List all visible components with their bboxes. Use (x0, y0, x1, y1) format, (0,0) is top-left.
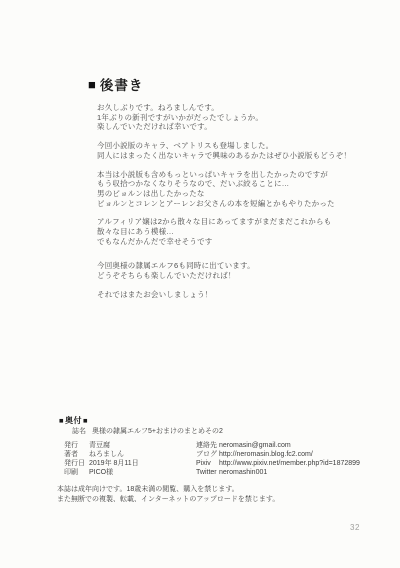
afterword-paragraph: アルフィリア嬢は2から散々な目にあってますがまだまだこれからも 散々な目にあう模… (97, 217, 347, 246)
text-line: 今回小説版のキャラ、ベアトリスも登場しました。 (97, 141, 347, 151)
text-line: 本当は小説版も含めもっといっぱいキャラを出したかったのですが (97, 170, 347, 180)
colophon-row-label: 連絡先 (196, 441, 219, 450)
text-line: でもなんだかんだで幸せそうです (97, 237, 347, 247)
colophon-row-value: 2019年 8月11日 (89, 459, 139, 468)
colophon-row: Twitter neromashin001 (196, 468, 360, 477)
afterword-paragraph: お久しぶりです。ねろましんです。 1年ぶりの新刊ですがいかがだったでしょうか。 … (97, 103, 347, 132)
colophon-row-value: ねろましん (89, 450, 124, 459)
colophon-publisher-block: 発行 青豆腐 著者 ねろましん 発行日 2019年 8月11日 印刷 PICO様 (64, 441, 139, 477)
text-line: どうぞそちらも楽しんでいただければ！ (97, 271, 347, 281)
afterword-paragraph: それではまたお会いしましょう！ (97, 290, 347, 300)
colophon-row-value: PICO様 (89, 468, 113, 477)
text-line: ビョルンとコレンとアーレンお父さんの本を短編とかもやりたかった (97, 199, 347, 209)
colophon-row-label: 発行 (64, 441, 89, 450)
pixiv-url: http://www.pixiv.net/member.php?id=18728… (219, 459, 360, 468)
colophon-row: 著者 ねろましん (64, 450, 139, 459)
colophon-row-label: 著者 (64, 450, 89, 459)
colophon-row-label: Twitter (196, 468, 219, 477)
page-number: 32 (350, 523, 360, 532)
colophon-title-row: 誌名 奥様の隷属エルフ5+おまけのまとめその2 (72, 426, 223, 436)
colophon-heading: ■ 奥付 ■ (59, 415, 88, 426)
colophon-title-value: 奥様の隷属エルフ5+おまけのまとめその2 (92, 426, 223, 436)
colophon-row-label: ブログ (196, 450, 219, 459)
colophon-row-label: 印刷 (64, 468, 89, 477)
colophon-row-label: 発行日 (64, 459, 89, 468)
blog-url: http://neromasin.blog.fc2.com/ (219, 450, 313, 459)
text-line: また無断での複製、転載、インターネットのアップロードを禁じます。 (57, 495, 279, 505)
square-bullet-icon: ■ (59, 417, 64, 425)
text-line: 今回奥様の隷属エルフ6も同時に出ています。 (97, 261, 347, 271)
colophon-row-value: 青豆腐 (89, 441, 110, 450)
text-line: 同人にはまったく出ないキャラで興味のあるかたはぜひ小説版もどうぞ！ (97, 151, 347, 161)
text-line: アルフィリア嬢は2から散々な目にあってますがまだまだこれからも (97, 217, 347, 227)
afterword-heading-label: 後書き (100, 74, 144, 94)
colophon-contact-block: 連絡先 neromasin@gmail.com ブログ http://nerom… (196, 441, 360, 477)
colophon-title-label: 誌名 (72, 426, 89, 436)
square-bullet-icon: ■ (88, 78, 97, 91)
colophon-row-label: Pixiv (196, 459, 219, 468)
text-line: 楽しんでいただければ幸いです。 (97, 122, 347, 132)
contact-email: neromasin@gmail.com (219, 441, 291, 450)
text-line: もう収拾つかなくなりそうなので、だいぶ絞ることに… (97, 179, 347, 189)
colophon-row: 発行 青豆腐 (64, 441, 139, 450)
colophon-row: 発行日 2019年 8月11日 (64, 459, 139, 468)
afterword-paragraph: 今回小説版のキャラ、ベアトリスも登場しました。 同人にはまったく出ないキャラで興… (97, 141, 347, 160)
text-line: 1年ぶりの新刊ですがいかがだったでしょうか。 (97, 113, 347, 123)
text-line: それではまたお会いしましょう！ (97, 290, 347, 300)
text-line: お久しぶりです。ねろましんです。 (97, 103, 347, 113)
afterword-paragraph: 今回奥様の隷属エルフ6も同時に出ています。 どうぞそちらも楽しんでいただければ！ (97, 261, 347, 280)
colophon-row: 連絡先 neromasin@gmail.com (196, 441, 360, 450)
twitter-handle: neromashin001 (219, 468, 267, 477)
text-line: 男のビョルンは出したかったな (97, 189, 347, 199)
adult-content-notice: 本誌は成年向けです。18歳未満の閲覧、購入を禁じます。 また無断での複製、転載、… (57, 485, 279, 504)
text-line: 散々な目にあう模様… (97, 227, 347, 237)
afterword-paragraph: 本当は小説版も含めもっといっぱいキャラを出したかったのですが もう収拾つかなくな… (97, 170, 347, 209)
afterword-body: お久しぶりです。ねろましんです。 1年ぶりの新刊ですがいかがだったでしょうか。 … (97, 103, 347, 309)
text-line: 本誌は成年向けです。18歳未満の閲覧、購入を禁じます。 (57, 485, 279, 495)
afterword-heading: ■ 後書き (88, 74, 143, 94)
colophon-heading-label: 奥付 (65, 415, 82, 426)
colophon-row: ブログ http://neromasin.blog.fc2.com/ (196, 450, 360, 459)
square-bullet-icon: ■ (83, 417, 88, 425)
scanned-afterword-page: ■ 後書き お久しぶりです。ねろましんです。 1年ぶりの新刊ですがいかがだったで… (0, 0, 400, 568)
colophon-row: 印刷 PICO様 (64, 468, 139, 477)
colophon-row: Pixiv http://www.pixiv.net/member.php?id… (196, 459, 360, 468)
